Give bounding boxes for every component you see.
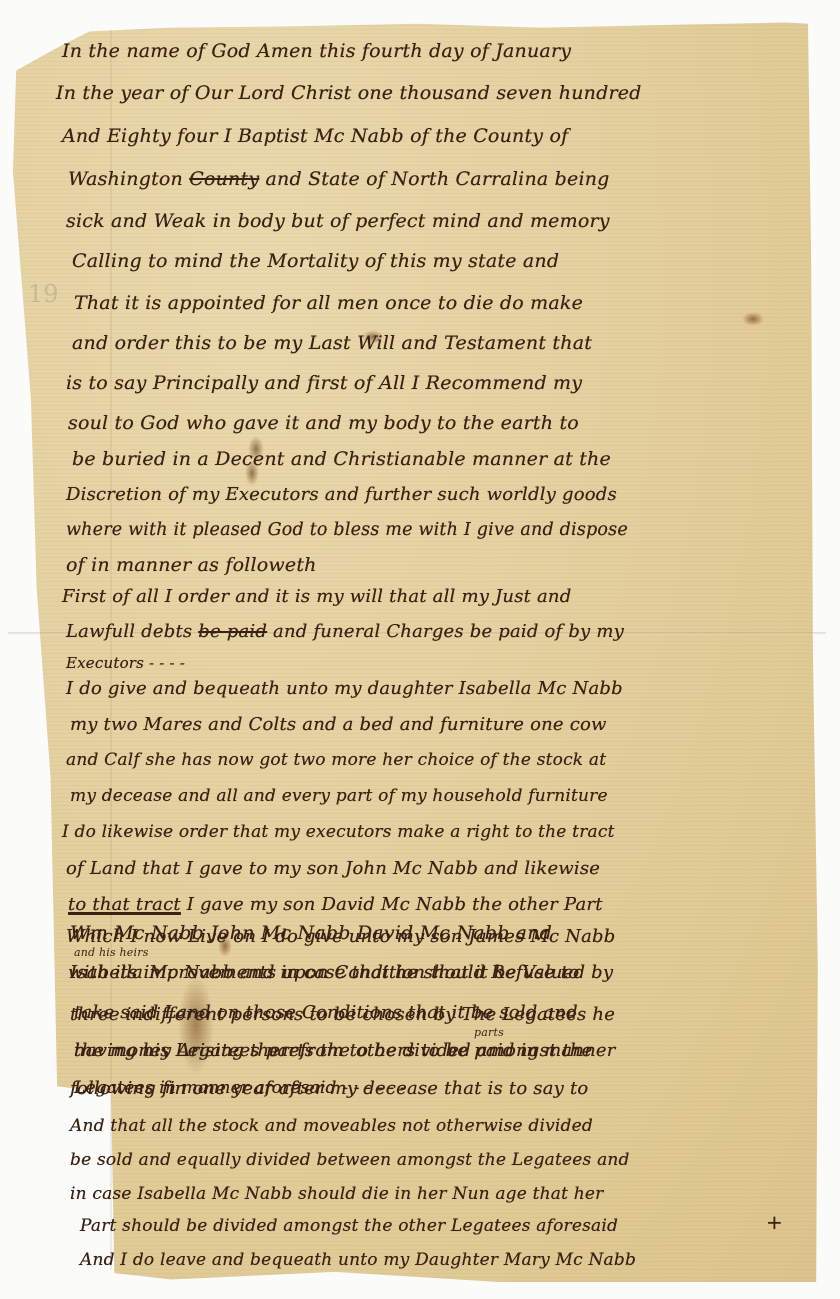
text-line: Lawfull debts be paid and funeral Charge… [66,621,624,642]
text-line: In the year of Our Lord Christ one thous… [56,82,642,104]
text-line: my two Mares and Colts and a bed and fur… [70,714,607,735]
text-line: Legatees in manner aforesaid - - - - - - [74,1078,406,1098]
text-line: of Land that I gave to my son John Mc Na… [66,858,600,879]
text-line: And that all the stock and moveables not… [70,1116,593,1136]
text-line: That it is appointed for all men once to… [74,292,583,314]
text-line: is to say Principally and first of All I… [66,372,582,394]
struck-word: County [189,168,259,190]
text-line: take said Land on those Conditions that … [74,1002,578,1023]
text-line: Part should be divided amongst the other… [80,1216,618,1236]
text-line: sick and Weak in body but of perfect min… [66,210,610,232]
text-fragment: and State of North Carralina being [266,168,610,190]
text-line: and Calf she has now got two more her ch… [66,750,606,770]
text-line: First of all I order and it is my will t… [62,586,571,607]
text-line: the money Arising therefrom to be divide… [74,1040,592,1061]
text-line: and order this to be my Last Will and Te… [72,332,592,354]
text-line: be buried in a Decent and Christianable … [72,448,611,470]
text-line: Wm Mc Nabb John Mc Nabb David Mc Nabb an… [70,922,552,944]
text-fragment: and funeral Charges be paid of by my [273,621,624,642]
cross-mark: + [766,1210,783,1234]
interlinear-insertion: parts [474,1026,504,1039]
text-line: Calling to mind the Mortality of this my… [72,250,559,272]
text-line: in case Isabella Mc Nabb should die in h… [70,1184,604,1204]
text-line: be sold and equally divided between amon… [70,1150,630,1170]
text-line: to that tract I gave my son David Mc Nab… [68,894,603,915]
text-line: I do likewise order that my executors ma… [62,822,615,842]
text-line: my decease and all and every part of my … [70,786,608,806]
faded-margin-mark: 19 [28,280,59,308]
text-line: Discretion of my Executors and further s… [66,484,617,505]
text-line: Washington County and State of North Car… [68,168,610,190]
document-scan: 19 In the name of God Amen this fourth d… [0,0,840,1299]
text-fragment: Washington [68,168,183,190]
text-line: of in manner as followeth [66,554,317,576]
underlined-phrase: to that tract [68,894,181,915]
text-line: where with it pleased God to bless me wi… [66,520,628,540]
text-fragment: I gave my son David Mc Nabb the other Pa… [187,894,603,915]
ink-stain [742,312,764,326]
text-line: soul to God who gave it and my body to t… [68,412,579,434]
text-line: I do give and bequeath unto my daughter … [66,678,623,699]
text-fragment: Lawfull debts [66,621,192,642]
text-line: And I do leave and bequeath unto my Daug… [80,1250,636,1270]
struck-word: be paid [198,621,267,642]
text-line: Executors - - - - [66,654,185,672]
text-line: Isabella Mc Nabb and in case that he sho… [70,962,579,983]
text-line: And Eighty four I Baptist Mc Nabb of the… [62,125,568,147]
interlinear-insertion: and his heirs [74,946,149,959]
text-line: In the name of God Amen this fourth day … [62,40,571,62]
